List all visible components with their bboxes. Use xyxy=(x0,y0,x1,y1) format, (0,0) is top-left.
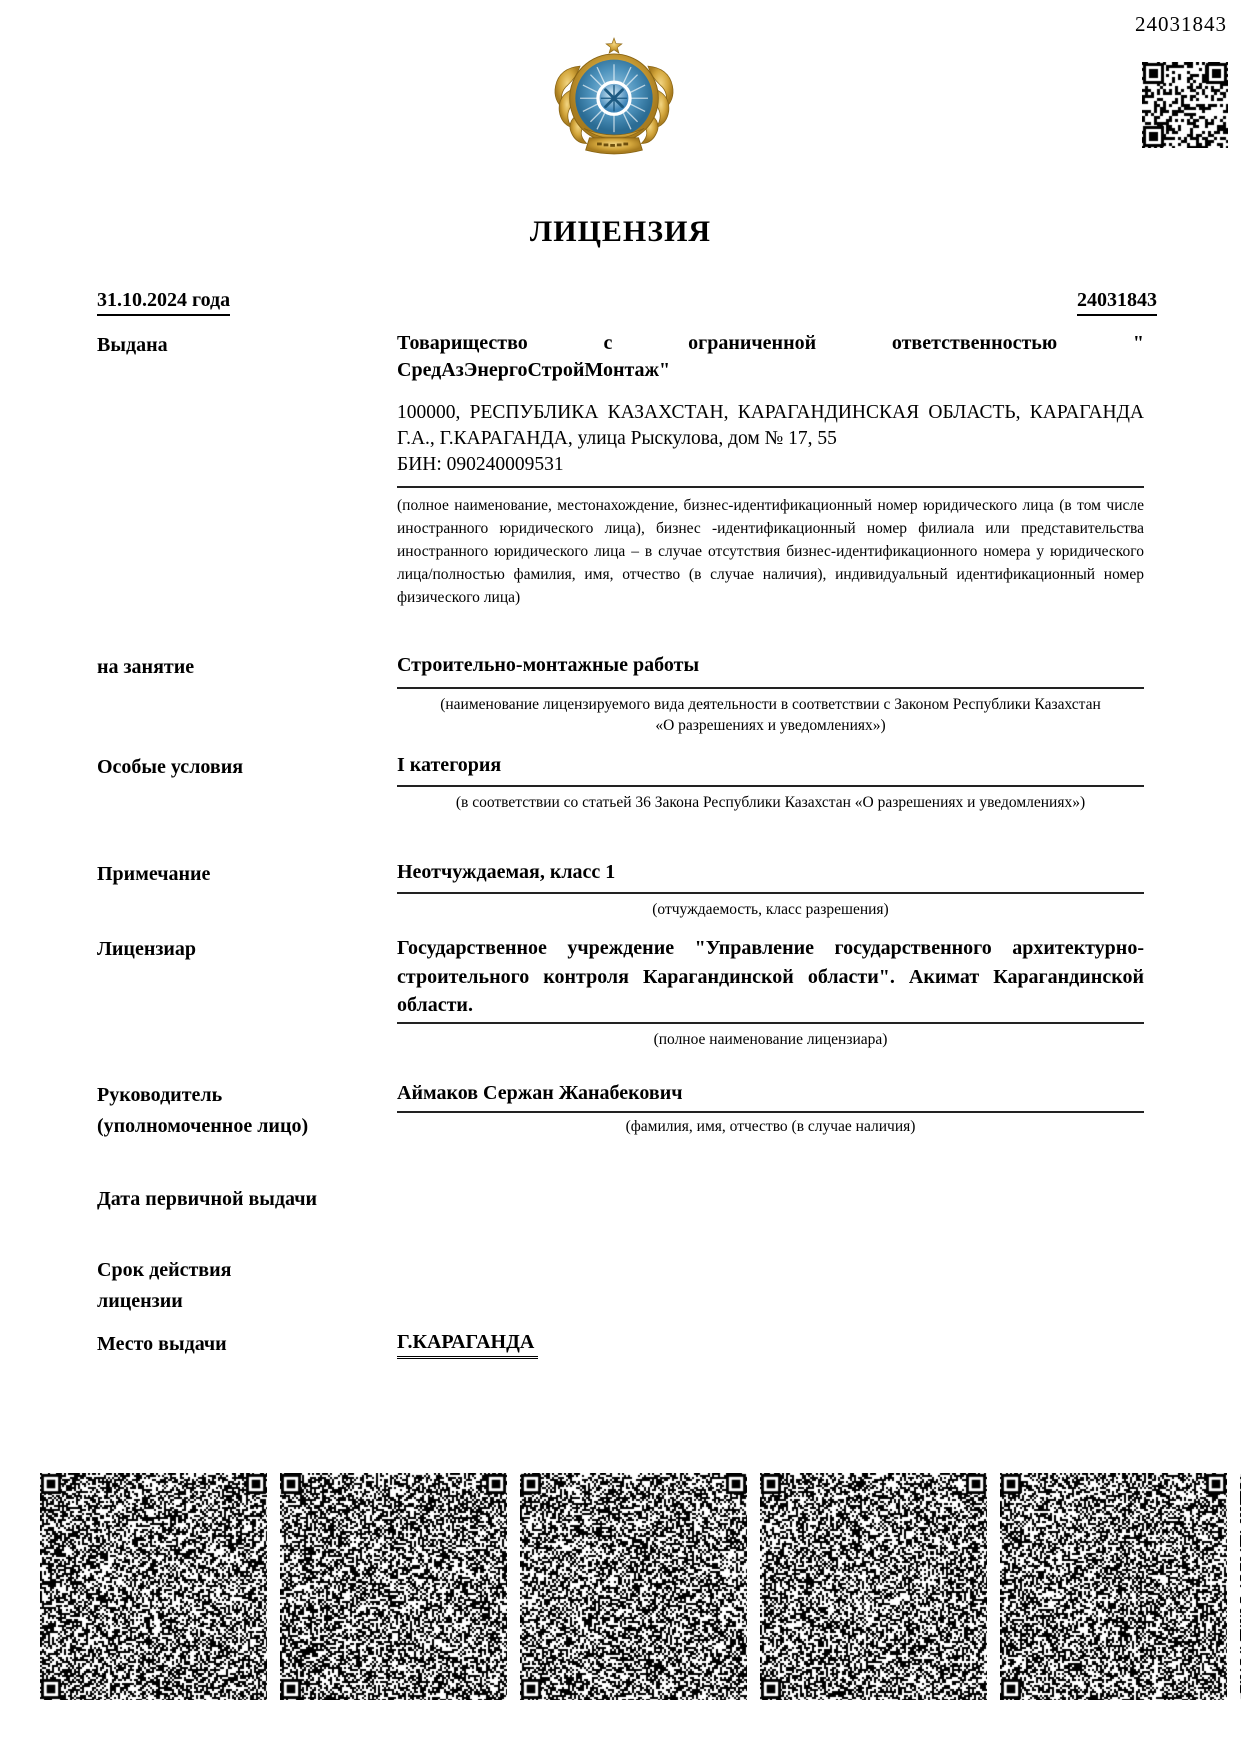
kazakhstan-emblem-icon xyxy=(548,36,680,168)
divider-line xyxy=(397,687,1144,689)
note-value: Неотчуждаемая, класс 1 xyxy=(397,859,1144,885)
document-title: ЛИЦЕНЗИЯ xyxy=(0,214,1241,250)
activity-value: Строительно-монтажные работы xyxy=(397,652,1144,678)
section-issued-to: Выдана Товарищество с ограниченной ответ… xyxy=(97,330,1144,609)
head-caption: (фамилия, имя, отчество (в случае наличи… xyxy=(421,1116,1121,1137)
data-matrix-icon xyxy=(280,1473,507,1700)
divider-line xyxy=(397,892,1144,894)
section-note: Примечание Неотчуждаемая, класс 1 (отчуж… xyxy=(97,859,1144,920)
special-conditions-caption: (в соответствии со статьей 36 Закона Рес… xyxy=(426,792,1116,813)
data-matrix-icon xyxy=(520,1473,747,1700)
activity-caption: (наименование лицензируемого вида деятел… xyxy=(431,694,1111,736)
company-address: 100000, РЕСПУБЛИКА КАЗАХСТАН, КАРАГАНДИН… xyxy=(397,400,1144,452)
divider-line xyxy=(397,486,1144,488)
document-number-header: 24031843 xyxy=(1135,12,1227,37)
qr-code-icon xyxy=(1142,62,1228,148)
licensor-caption: (полное наименование лицензиара) xyxy=(421,1029,1121,1050)
section-place-of-issue: Место выдачи Г.КАРАГАНДА xyxy=(97,1329,1144,1359)
validity-label: Срок действия лицензии xyxy=(97,1255,389,1317)
note-caption: (отчуждаемость, класс разрешения) xyxy=(421,899,1121,920)
section-special-conditions: Особые условия I категория (в соответств… xyxy=(97,752,1144,813)
date-number-row: 31.10.2024 года 24031843 xyxy=(97,288,1157,316)
note-label: Примечание xyxy=(97,859,389,890)
company-bin: БИН: 090240009531 xyxy=(397,452,1144,478)
head-value: Аймаков Сержан Жанабекович xyxy=(397,1080,1144,1106)
special-conditions-value: I категория xyxy=(397,752,1144,778)
divider-line xyxy=(397,1111,1144,1113)
section-head: Руководитель (уполномоченное лицо) Аймак… xyxy=(97,1080,1144,1137)
divider-line xyxy=(397,785,1144,787)
data-matrix-icon xyxy=(1000,1473,1227,1700)
section-activity: на занятие Строительно-монтажные работы … xyxy=(97,652,1144,736)
license-number: 24031843 xyxy=(1077,288,1157,316)
license-document: 24031843 xyxy=(0,0,1241,1754)
place-value: Г.КАРАГАНДА xyxy=(397,1329,538,1359)
company-name-line2: СредАзЭнергоСтройМонтаж" xyxy=(397,357,1144,384)
licensor-label: Лицензиар xyxy=(97,934,389,965)
special-conditions-label: Особые условия xyxy=(97,752,389,783)
company-name-line1: Товарищество с ограниченной ответственно… xyxy=(397,330,1144,357)
data-matrix-icon xyxy=(40,1473,267,1700)
head-label: Руководитель (уполномоченное лицо) xyxy=(97,1080,389,1142)
first-issue-date-label: Дата первичной выдачи xyxy=(97,1184,497,1215)
place-label: Место выдачи xyxy=(97,1329,389,1360)
section-licensor: Лицензиар Государственное учреждение "Уп… xyxy=(97,934,1144,1050)
divider-line xyxy=(397,1022,1144,1024)
data-matrix-icon xyxy=(760,1473,987,1700)
licensor-value: Государственное учреждение "Управление г… xyxy=(397,934,1144,1020)
issued-to-label: Выдана xyxy=(97,330,389,361)
issued-to-caption: (полное наименование, местонахождение, б… xyxy=(397,494,1144,609)
signature-code-strip xyxy=(0,1473,1241,1700)
issue-date: 31.10.2024 года xyxy=(97,288,230,316)
activity-label: на занятие xyxy=(97,652,389,683)
